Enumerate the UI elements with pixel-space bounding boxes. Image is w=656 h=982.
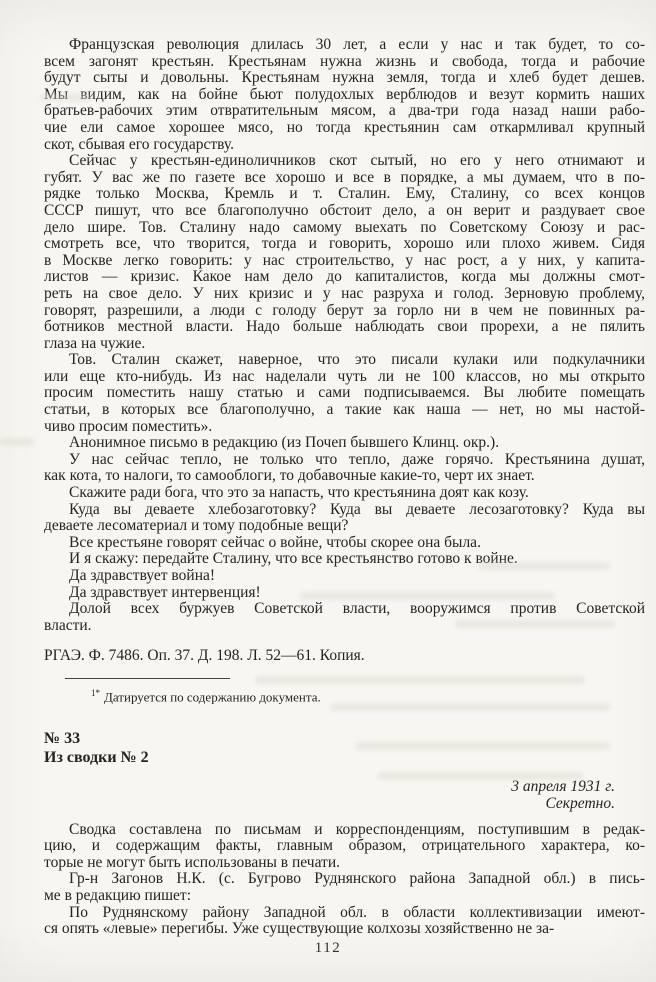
text-line: Долой всех буржуев Советской власти, воо… — [44, 601, 645, 618]
text-line: просим поместить нашу статью и сами подп… — [44, 385, 645, 402]
text-line: ме в редакцию пишет: — [44, 888, 645, 905]
text-line: статьи, в которых все благополучно, а та… — [44, 402, 645, 419]
text-line: Французская революция длилась 30 лет, а … — [44, 37, 645, 54]
scan-bleedthrough — [255, 676, 585, 684]
paragraph: Французская революция длилась 30 лет, а … — [44, 37, 645, 153]
text-line: Гр-н Загонов Н.К. (с. Бугрово Руднянског… — [44, 871, 645, 888]
document-header: № 33 Из сводки № 2 — [44, 729, 645, 768]
footnote: 1*Датируется по содержанию документа. — [44, 686, 645, 704]
text-line: или еще кто-нибудь. Из нас наделали чуть… — [44, 369, 645, 386]
text-line: Анонимное письмо в редакцию (из Почеп бы… — [44, 435, 645, 452]
text-line: рядке только Москва, Кремль и т. Сталин.… — [44, 186, 645, 203]
scan-bleedthrough — [0, 438, 34, 446]
text-line: глаза на чужие. — [44, 336, 645, 353]
page-number: 112 — [0, 940, 656, 957]
text-line: говорят, разрешили, а люди с голоду беру… — [44, 303, 645, 320]
paragraph: Скажите ради бога, что это за напасть, ч… — [44, 485, 645, 502]
text-line: Да здравствует война! — [44, 568, 645, 585]
text-line: власти. — [44, 618, 645, 635]
text-line: У нас сейчас тепло, не только что тепло,… — [44, 452, 645, 469]
paragraph: Анонимное письмо в редакцию (из Почеп бы… — [44, 435, 645, 452]
text-line: Скажите ради бога, что это за напасть, ч… — [44, 485, 645, 502]
text-line: Сейчас у крестьян-единоличников скот сыт… — [44, 153, 645, 170]
text-line: всем загонят крестьян. Крестьянам нужна … — [44, 54, 645, 71]
paragraph: У нас сейчас тепло, не только что тепло,… — [44, 452, 645, 485]
text-line: как кота, то налоги, то самооблоги, то д… — [44, 468, 645, 485]
text-line: Куда вы деваете хлебозаготовку? Куда вы … — [44, 502, 645, 519]
paragraph: Все крестьяне говорят сейчас о войне, чт… — [44, 535, 645, 552]
text-line: чиво просим поместить». — [44, 419, 645, 436]
text-line: деваете лесоматериал и тому подобные вещ… — [44, 518, 645, 535]
paragraph: И я скажу: передайте Сталину, что все кр… — [44, 551, 645, 568]
text-line: листов — кризис. Какое нам дело до капит… — [44, 269, 645, 286]
text-line: Тов. Сталин скажет, наверное, что это пи… — [44, 352, 645, 369]
text-line: Сводка составлена по письмам и корреспон… — [44, 822, 645, 839]
paragraph: Да здравствует интервенция! — [44, 585, 645, 602]
document-date: 3 апреля 1931 г. — [44, 778, 615, 796]
footnote-text: Датируется по содержанию документа. — [104, 690, 321, 705]
archive-reference: РГАЭ. Ф. 7486. Оп. 37. Д. 198. Л. 52—61.… — [44, 647, 645, 664]
text-line: будут сыты и довольны. Крестьянам нужна … — [44, 70, 645, 87]
document-number: № 33 — [44, 729, 645, 749]
text-line: СССР пишут, что все благополучно обстоит… — [44, 203, 645, 220]
text-line: Мы видим, как на бойне бьют полудохлых в… — [44, 87, 645, 104]
text-line: ся опять «левые» перегибы. Уже существую… — [44, 921, 645, 938]
text-line: торые не могут быть использованы в печат… — [44, 855, 645, 872]
text-line: ботников местной власти. Надо больше наб… — [44, 319, 645, 336]
text-line: И я скажу: передайте Сталину, что все кр… — [44, 551, 645, 568]
paragraph: Да здравствует война! — [44, 568, 645, 585]
text-line: в Москве легко говорить: у нас строитель… — [44, 253, 645, 270]
footnote-separator — [65, 678, 230, 679]
paragraph: Сводка составлена по письмам и корреспон… — [44, 822, 645, 872]
paragraph: Долой всех буржуев Советской власти, воо… — [44, 601, 645, 634]
paragraph: По Руднянскому району Западной обл. в об… — [44, 905, 645, 938]
text-line: реть на свое дело. У них кризис и у нас … — [44, 286, 645, 303]
text-line: скот, сбывая его государству. — [44, 137, 645, 154]
footnote-marker: 1* — [91, 688, 100, 698]
classification-label: Секретно. — [44, 795, 615, 813]
svodka-text: Сводка составлена по письмам и корреспон… — [44, 822, 645, 938]
letter-text: Французская революция длилась 30 лет, а … — [44, 37, 645, 634]
book-page: Французская революция длилась 30 лет, а … — [0, 0, 656, 982]
text-line: дело шире. Тов. Сталину надо самому выех… — [44, 220, 645, 237]
text-line: братьев-рабочих этим отвратительным мясо… — [44, 103, 645, 120]
text-line: Да здравствует интервенция! — [44, 585, 645, 602]
paragraph: Куда вы деваете хлебозаготовку? Куда вы … — [44, 502, 645, 535]
text-line: смотреть все, что творится, тогда и гово… — [44, 236, 645, 253]
paragraph: Тов. Сталин скажет, наверное, что это пи… — [44, 352, 645, 435]
date-block: 3 апреля 1931 г. Секретно. — [44, 778, 645, 813]
text-line: По Руднянскому району Западной обл. в об… — [44, 905, 645, 922]
paragraph: Гр-н Загонов Н.К. (с. Бугрово Руднянског… — [44, 871, 645, 904]
text-line: Все крестьяне говорят сейчас о войне, чт… — [44, 535, 645, 552]
text-line: чие ели самое хорошее мясо, но тогда кре… — [44, 120, 645, 137]
paragraph: Сейчас у крестьян-единоличников скот сыт… — [44, 153, 645, 352]
document-title: Из сводки № 2 — [44, 748, 645, 768]
text-line: цию, и содержащим факты, главным образом… — [44, 838, 645, 855]
text-line: губят. У вас же по газете все хорошо и в… — [44, 170, 645, 187]
